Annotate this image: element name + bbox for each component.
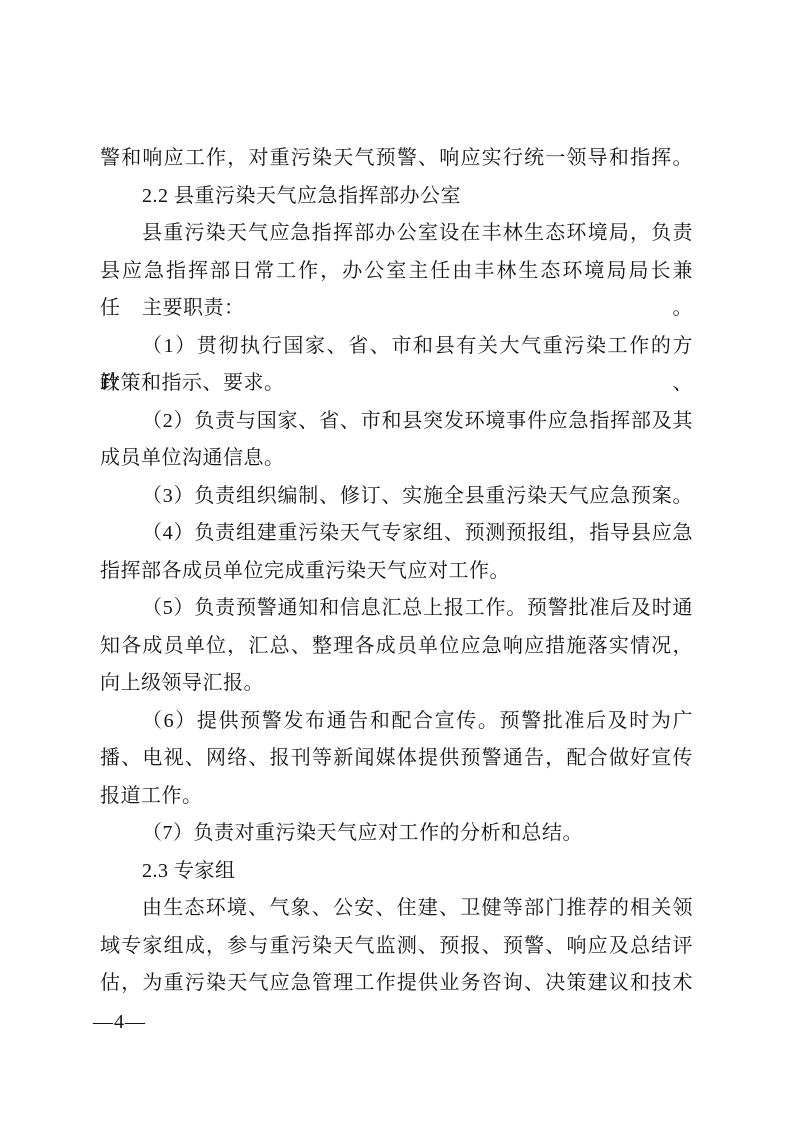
text-line: 成员单位沟通信息。 bbox=[100, 440, 693, 478]
text-line: 县应急指挥部日常工作，办公室主任由丰林生态环境局局长兼任。 bbox=[100, 253, 693, 291]
list-item-7: （7）负责对重污染天气应对工作的分析和总结。 bbox=[100, 815, 693, 853]
list-item-6: （6）提供预警发布通告和配合宣传。预警批准后及时为广 bbox=[100, 703, 693, 741]
document-page: 警和响应工作，对重污染天气预警、响应实行统一领导和指挥。 2.2 县重污染天气应… bbox=[0, 0, 793, 1122]
text-line: 估，为重污染天气应急管理工作提供业务咨询、决策建议和技术 bbox=[100, 965, 693, 1003]
list-item-4: （4）负责组建重污染天气专家组、预测预报组，指导县应急 bbox=[100, 515, 693, 553]
text-line: 播、电视、网络、报刊等新闻媒体提供预警通告，配合做好宣传 bbox=[100, 740, 693, 778]
text-line: 由生态环境、气象、公安、住建、卫健等部门推荐的相关领 bbox=[100, 890, 693, 928]
text-line: 警和响应工作，对重污染天气预警、响应实行统一领导和指挥。 bbox=[100, 140, 693, 178]
list-item-2: （2）负责与国家、省、市和县突发环境事件应急指挥部及其 bbox=[100, 403, 693, 441]
document-body: 警和响应工作，对重污染天气预警、响应实行统一领导和指挥。 2.2 县重污染天气应… bbox=[100, 140, 693, 1003]
text-line: 指挥部各成员单位完成重污染天气应对工作。 bbox=[100, 553, 693, 591]
section-heading-2-3: 2.3 专家组 bbox=[100, 853, 693, 891]
text-line: 知各成员单位，汇总、整理各成员单位应急响应措施落实情况， bbox=[100, 628, 693, 666]
list-item-1: （1）贯彻执行国家、省、市和县有关大气重污染工作的方针、 bbox=[100, 328, 693, 366]
page-number: —4— bbox=[93, 1008, 146, 1036]
list-item-3: （3）负责组织编制、修订、实施全县重污染天气应急预案。 bbox=[100, 478, 693, 516]
section-heading-2-2: 2.2 县重污染天气应急指挥部办公室 bbox=[100, 178, 693, 216]
text-line: 域专家组成，参与重污染天气监测、预报、预警、响应及总结评 bbox=[100, 928, 693, 966]
text-line: 报道工作。 bbox=[100, 778, 693, 816]
list-item-5: （5）负责预警通知和信息汇总上报工作。预警批准后及时通 bbox=[100, 590, 693, 628]
text-line: 向上级领导汇报。 bbox=[100, 665, 693, 703]
text-line: 县重污染天气应急指挥部办公室设在丰林生态环境局，负责 bbox=[100, 215, 693, 253]
